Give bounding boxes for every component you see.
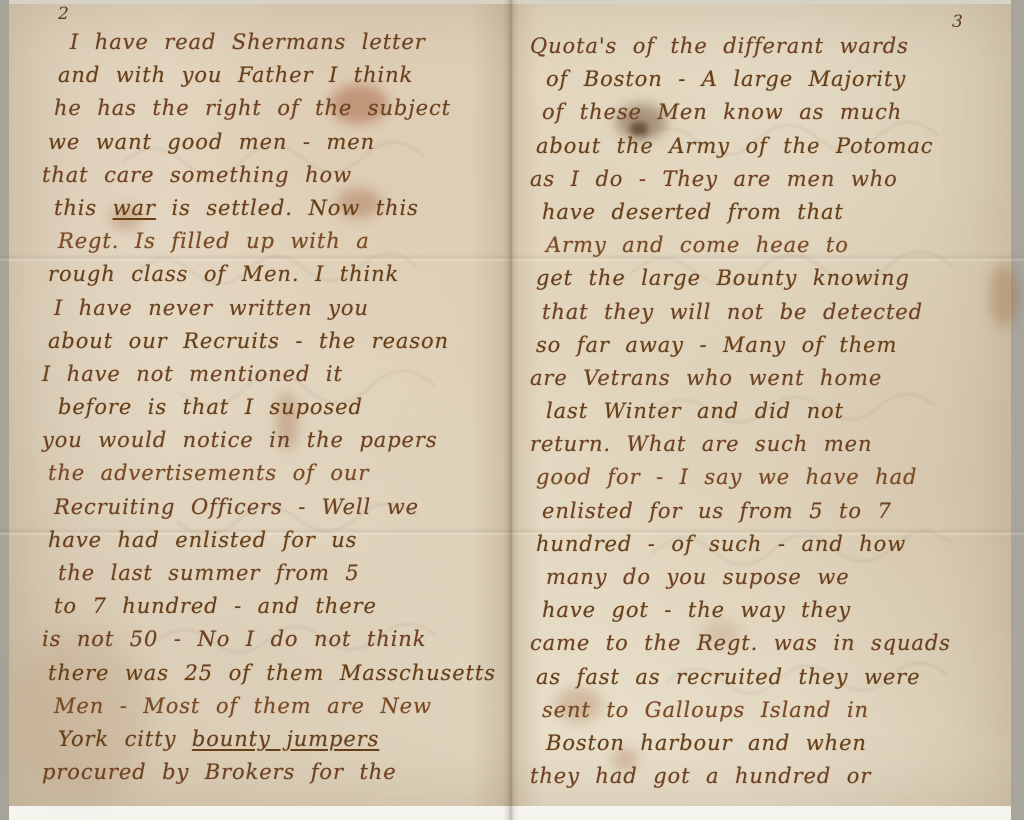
letter-line: about the Army of the Potomac [536, 130, 1016, 163]
letter-line: enlisted for us from 5 to 7 [542, 495, 1016, 528]
letter-line: they had got a hundred or [530, 760, 1016, 793]
letter-line: this war is settled. Now this [54, 192, 504, 225]
letter-line: many do you supose we [546, 561, 1016, 594]
center-fold-crease [503, 0, 519, 820]
letter-line: to 7 hundred - and there [54, 590, 504, 623]
letter-line: York citty bounty jumpers [58, 723, 504, 756]
letter-line: is not 50 - No I do not think [42, 623, 504, 656]
letter-line: get the large Bounty knowing [536, 262, 1016, 295]
letter-line: so far away - Many of them [536, 329, 1016, 362]
letter-line: of Boston - A large Majority [546, 63, 1016, 96]
letter-line: as fast as recruited they were [536, 661, 1016, 694]
letter-line: have had enlisted for us [48, 524, 504, 557]
letter-line: I have read Shermans letter [70, 26, 504, 59]
letter-line: good for - I say we have had [536, 461, 1016, 494]
letter-line: procured by Brokers for the [42, 756, 504, 789]
letter-line: before is that I suposed [58, 391, 504, 424]
letter-line: I have not mentioned it [42, 358, 504, 391]
letter-line: Quota's of the differant wards [530, 30, 1016, 63]
letter-line: the last summer from 5 [58, 557, 504, 590]
letter-line: that they will not be detected [542, 296, 1016, 329]
letter-line: about our Recruits - the reason [48, 325, 504, 358]
letter-line: last Winter and did not [546, 395, 1016, 428]
letter-page-right: Quota's of the differant wardsof Boston … [530, 0, 1016, 820]
letter-line: there was 25 of them Masschusetts [48, 657, 504, 690]
letter-line: have deserted from that [542, 196, 1016, 229]
letter-line: and with you Father I think [58, 59, 504, 92]
letter-line: hundred - of such - and how [536, 528, 1016, 561]
letter-line: are Vetrans who went home [530, 362, 1016, 395]
letter-line: that care something how [42, 159, 504, 192]
letter-line: Recruiting Officers - Well we [54, 491, 504, 524]
letter-line: he has the right of the subject [54, 92, 504, 125]
letter-line: return. What are such men [530, 428, 1016, 461]
letter-line: as I do - They are men who [530, 163, 1016, 196]
letter-line: have got - the way they [542, 594, 1016, 627]
letter-scan: 2 3 I have read Shermans letterand with … [0, 0, 1024, 820]
letter-line: rough class of Men. I think [48, 258, 504, 291]
letter-text-column: Quota's of the differant wardsof Boston … [530, 30, 1016, 793]
letter-line: sent to Galloups Island in [542, 694, 1016, 727]
scan-edge-left [0, 0, 9, 820]
letter-line: the advertisements of our [48, 457, 504, 490]
letter-line: you would notice in the papers [42, 424, 504, 457]
letter-line: Army and come heae to [546, 229, 1016, 262]
letter-line: Regt. Is filled up with a [58, 225, 504, 258]
letter-line: I have never written you [54, 292, 504, 325]
letter-text-column: I have read Shermans letterand with you … [42, 26, 504, 789]
letter-line: Men - Most of them are New [54, 690, 504, 723]
letter-line: we want good men - men [48, 126, 504, 159]
letter-page-left: I have read Shermans letterand with you … [42, 0, 504, 820]
letter-line: came to the Regt. was in squads [530, 627, 1016, 660]
letter-line: of these Men know as much [542, 96, 1016, 129]
letter-line: Boston harbour and when [546, 727, 1016, 760]
